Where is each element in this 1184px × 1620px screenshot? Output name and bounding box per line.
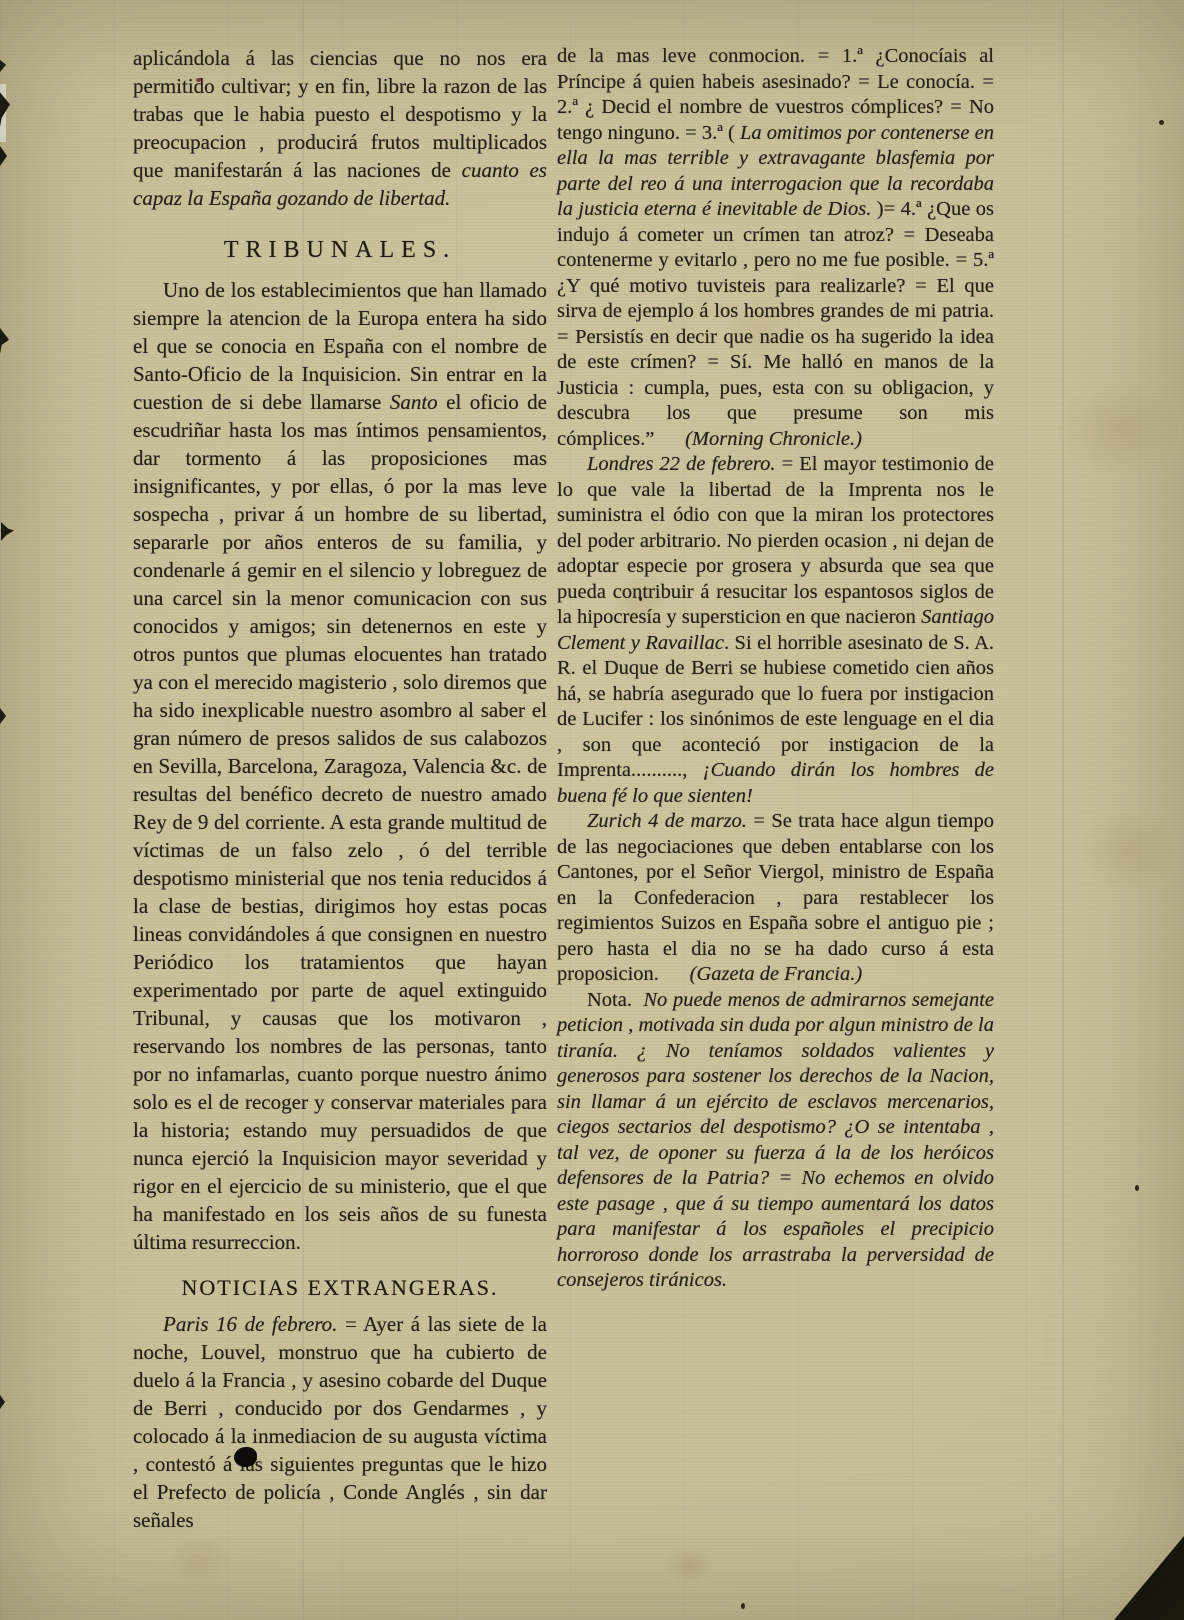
ink-speck	[1159, 120, 1164, 125]
paragraph: Zurich 4 de marzo. = Se trata hace algun…	[557, 809, 994, 988]
newspaper-page: aplicándola á las ciencias que no nos er…	[0, 0, 1184, 1620]
red-stain-speck	[196, 78, 201, 82]
text-run: el oficio de escudriñar hasta los mas ín…	[133, 390, 547, 1254]
text-run: Nota.	[587, 989, 643, 1011]
text-run: (Morning Chronicle.)	[654, 428, 862, 450]
text-run: = Ayer á las siete de la noche, Louvel, …	[133, 1312, 547, 1532]
text-run: (Gazeta de Francia.)	[659, 963, 862, 985]
text-run: Londres 22 de febrero.	[587, 453, 776, 475]
paragraph: Paris 16 de febrero. = Ayer á las siete …	[133, 1310, 547, 1534]
ink-speck	[639, 597, 642, 601]
paragraph: aplicándola á las ciencias que no nos er…	[133, 44, 547, 212]
binding-edge-mark	[1, 522, 14, 541]
text-run: Santo	[390, 390, 438, 414]
paper-fold-line	[1062, 0, 1064, 1620]
text-column-left: aplicándola á las ciencias que no nos er…	[133, 44, 547, 1534]
text-run: Paris 16 de febrero.	[163, 1312, 337, 1336]
section-heading: NOTICIAS EXTRANGERAS.	[133, 1274, 547, 1302]
text-run: = El mayor testimonio de lo que vale la …	[557, 453, 994, 628]
text-run: No puede menos de admirarnos semejante p…	[557, 989, 994, 1292]
paragraph: Nota. No puede menos de admirarnos semej…	[557, 988, 994, 1294]
section-heading: TRIBUNALES.	[133, 236, 547, 264]
binding-edge-mark	[0, 60, 6, 72]
text-run: Zurich 4 de marzo.	[587, 810, 747, 832]
ink-speck	[1135, 1185, 1139, 1191]
binding-edge-mark	[0, 328, 9, 354]
text-run: )= 4.ª ¿Que os indujo á cometer un críme…	[557, 198, 994, 450]
binding-edge-mark	[0, 146, 7, 166]
paragraph: Uno de los establecimientos que han llam…	[133, 276, 547, 1256]
ink-speck	[741, 1603, 745, 1609]
ink-blot	[234, 1447, 257, 1467]
paragraph: de la mas leve conmocion. = 1.ª ¿Conocía…	[557, 44, 994, 452]
paragraph: Londres 22 de febrero. = El mayor testim…	[557, 452, 994, 809]
binding-edge-mark	[0, 708, 6, 724]
text-run: = Se trata hace algun tiempo de las nego…	[557, 810, 994, 985]
text-column-right: de la mas leve conmocion. = 1.ª ¿Conocía…	[557, 44, 994, 1294]
torn-corner	[1114, 1536, 1184, 1620]
binding-edge-mark	[0, 1395, 5, 1409]
